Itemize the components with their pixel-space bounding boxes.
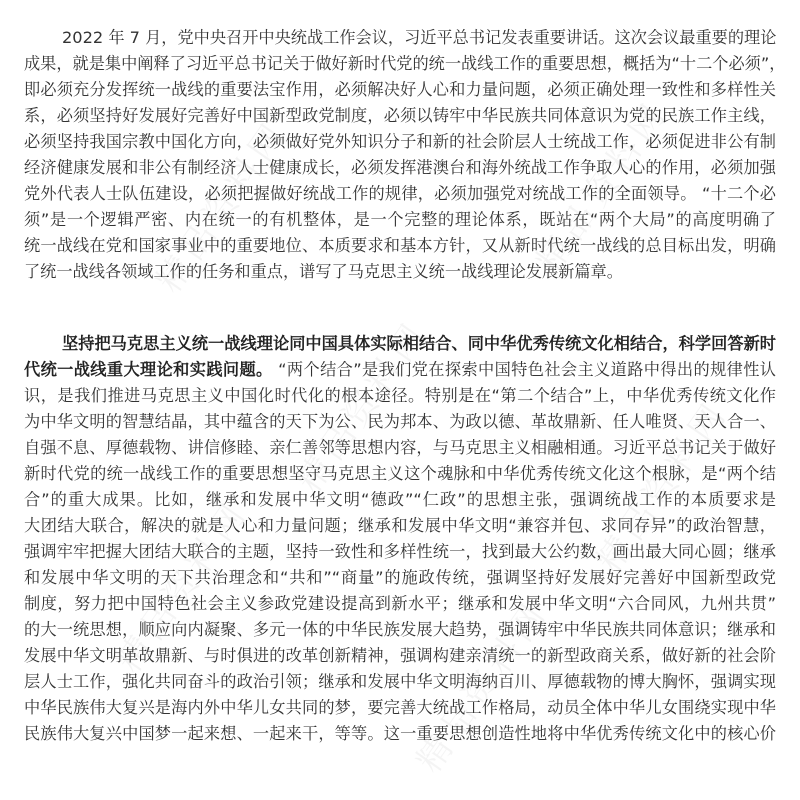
text-line: 的大一统思想，顺应向内凝聚、多元一体的中华民族发展大趋势，强调铸牢中华民族共同体… — [24, 617, 776, 643]
text-line: 了统一战线各领域工作的任务和重点，谱写了马克思主义统一战线理论发展新篇章。 — [24, 259, 776, 285]
text-line: 党外代表人士队伍建设，必须把握做好统战工作的规律，必须加强党对统战工作的全面领导… — [24, 181, 776, 207]
text-line: 统一战线在党和国家事业中的重要地位、本质要求和基本方针，又从新时代统一战线的总目… — [24, 233, 776, 259]
text-line: 合”的重大成果。比如，继承和发展中华文明“德政”“仁政”的思想主张，强调统战工作… — [24, 487, 776, 513]
text-line: 必须坚持我国宗教中国化方向，必须做好党外知识分子和新的社会阶层人士统战工作，必须… — [24, 129, 776, 155]
text-line: 识，是我们推进马克思主义中国化时代化的根本途径。特别是在“第二个结合”上，中华优… — [24, 383, 776, 409]
text-line: 民族伟大复兴中国梦一起来想、一起来干，等等。这一重要思想创造性地将中华优秀传统文… — [24, 721, 776, 747]
text-line: 成果，就是集中阐释了习近平总书记关于做好新时代党的统一战线工作的重要思想，概括为… — [24, 51, 776, 77]
paragraph-heading: 坚持把马克思主义统一战线理论同中国具体实际相结合、同中华优秀传统文化相结合，科学… — [62, 331, 776, 357]
text-line: 大团结大联合，解决的就是人心和力量问题；继承和发展中华文明“兼容并包、求同存异”… — [24, 513, 776, 539]
text-line: 层人士工作，强化共同奋斗的政治引领；继承和发展中华文明海纳百川、厚德载物的博大胸… — [24, 669, 776, 695]
text-line: 自强不息、厚德载物、讲信修睦、亲仁善邻等思想内容，与马克思主义相融相通。习近平总… — [24, 435, 776, 461]
text-line: 即必须充分发挥统一战线的重要法宝作用，必须解决好人心和力量问题，必须正确处理一致… — [24, 77, 776, 103]
text-line: 制度，努力把中国特色社会主义参政党建设提高到新水平；继承和发展中华文明“六合同风… — [24, 591, 776, 617]
text-line: 和发展中华文明的天下共治理念和“共和”“商量”的施政传统，强调坚持好发展好完善好… — [24, 565, 776, 591]
text-line: 新时代党的统一战线工作的重要思想坚守马克思主义这个魂脉和中华优秀传统文化这个根脉… — [24, 461, 776, 487]
text-line: 强调牢牢把握大团结大联合的主题，坚持一致性和多样性统一，找到最大公约数，画出最大… — [24, 539, 776, 565]
text-line: 系，必须坚持好发展好完善好中国新型政党制度，必须以铸牢中华民族共同体意识为党的民… — [24, 103, 776, 129]
text-line: 为中华文明的智慧结晶，其中蕴含的天下为公、民为邦本、为政以德、革故鼎新、任人唯贤… — [24, 409, 776, 435]
text-line: 2022 年 7 月，党中央召开中央统战工作会议，习近平总书记发表重要讲话。这次… — [62, 25, 776, 51]
paragraph-heading-end: 代统一战线重大理论和实践问题。 — [24, 360, 273, 379]
text-line: 经济健康发展和非公有制经济人士健康成长，必须发挥港澳台和海外统战工作争取人心的作… — [24, 155, 776, 181]
text-line: 须”是一个逻辑严密、内在统一的有机整体，是一个完整的理论体系，既站在“两个大局”… — [24, 207, 776, 233]
text-line: 发展中华文明革故鼎新、与时俱进的改革创新精神，强调构建亲清统一的新型政商关系，做… — [24, 643, 776, 669]
text-line: 代统一战线重大理论和实践问题。 “两个结合”是我们党在探索中国特色社会主义道路中… — [24, 357, 776, 383]
text-line: 中华民族伟大复兴是海内外中华儿女共同的梦，要完善大统战工作格局，动员全体中华儿女… — [24, 695, 776, 721]
text-span: “两个结合”是我们党在探索中国特色社会主义道路中得出的规律性认 — [273, 360, 776, 379]
